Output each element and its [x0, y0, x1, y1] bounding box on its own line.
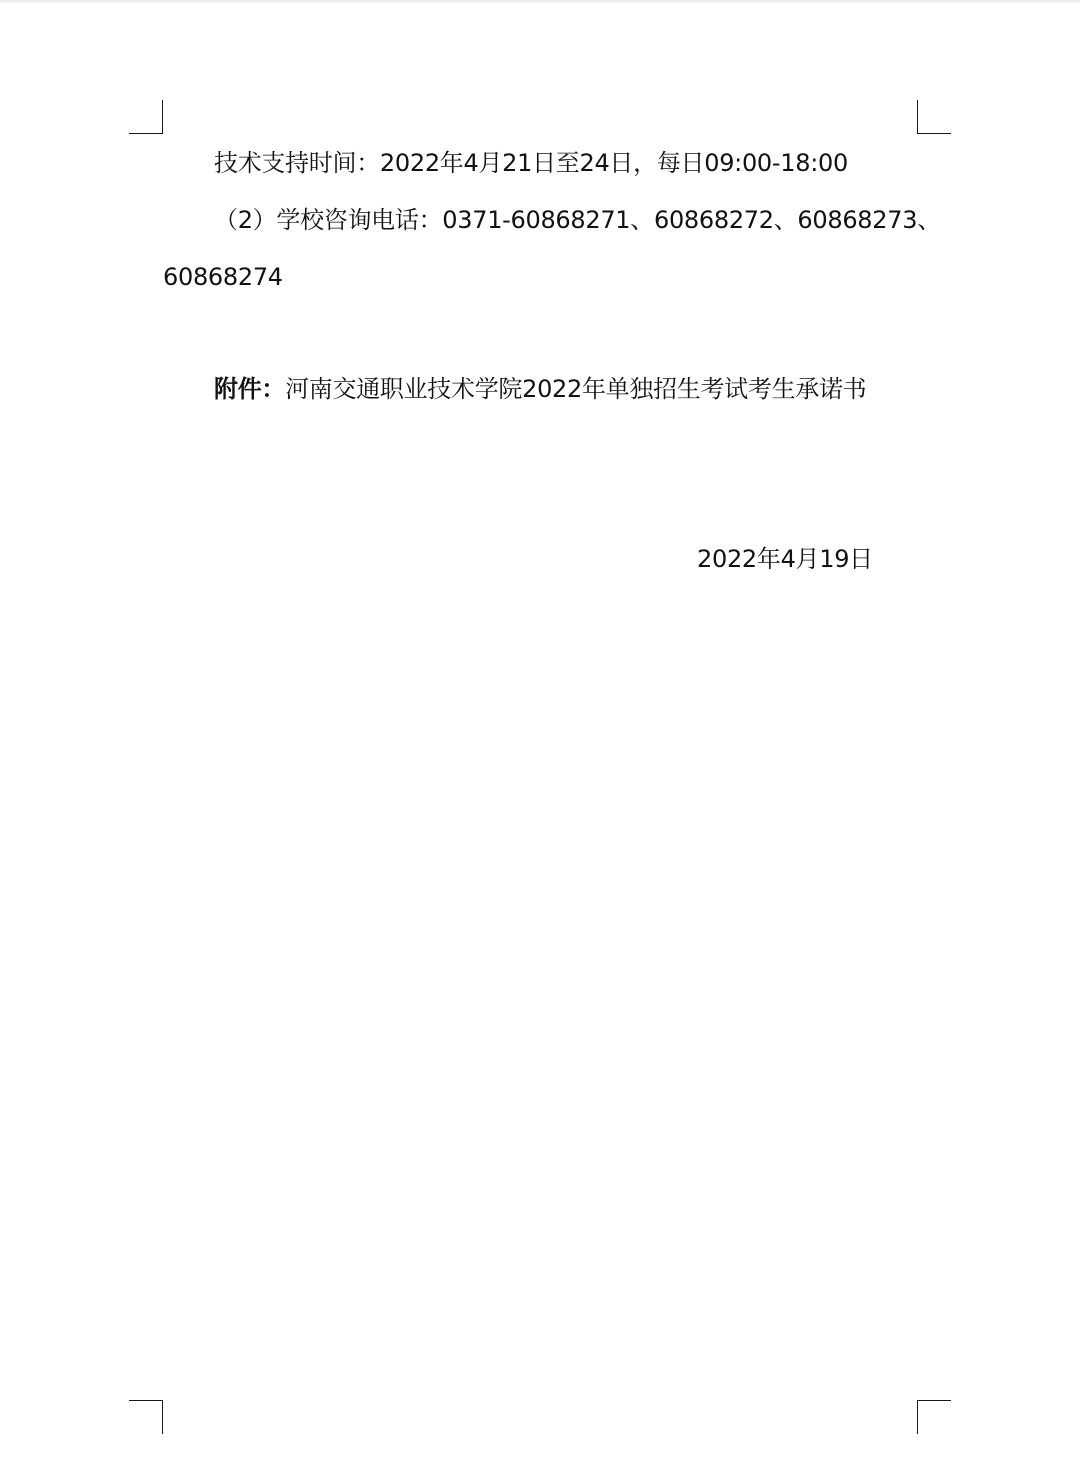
school-phone-continuation: 60868274: [163, 262, 283, 292]
school-phone-value: 0371-60868271、60868272、60868273、: [442, 206, 941, 234]
school-phone-label: （2）学校咨询电话：: [214, 206, 442, 234]
school-phone-line: （2）学校咨询电话：0371-60868271、60868272、6086827…: [214, 205, 941, 235]
attachment-line: 附件：河南交通职业技术学院2022年单独招生考试考生承诺书: [214, 374, 866, 404]
attachment-label: 附件：: [214, 375, 285, 403]
tech-support-time-value: 2022年4月21日至24日，每日09:00-18:00: [380, 149, 848, 177]
document-date: 2022年4月19日: [697, 544, 873, 574]
tech-support-time-label: 技术支持时间：: [214, 149, 380, 177]
attachment-title: 河南交通职业技术学院2022年单独招生考试考生承诺书: [285, 375, 866, 403]
document-page: 技术支持时间：2022年4月21日至24日，每日09:00-18:00 （2）学…: [0, 0, 1080, 1483]
crop-mark-bottom-right: [917, 1400, 951, 1434]
crop-mark-top-left: [129, 100, 163, 134]
crop-mark-bottom-left: [129, 1400, 163, 1434]
crop-mark-top-right: [917, 100, 951, 134]
tech-support-time-line: 技术支持时间：2022年4月21日至24日，每日09:00-18:00: [214, 148, 848, 178]
